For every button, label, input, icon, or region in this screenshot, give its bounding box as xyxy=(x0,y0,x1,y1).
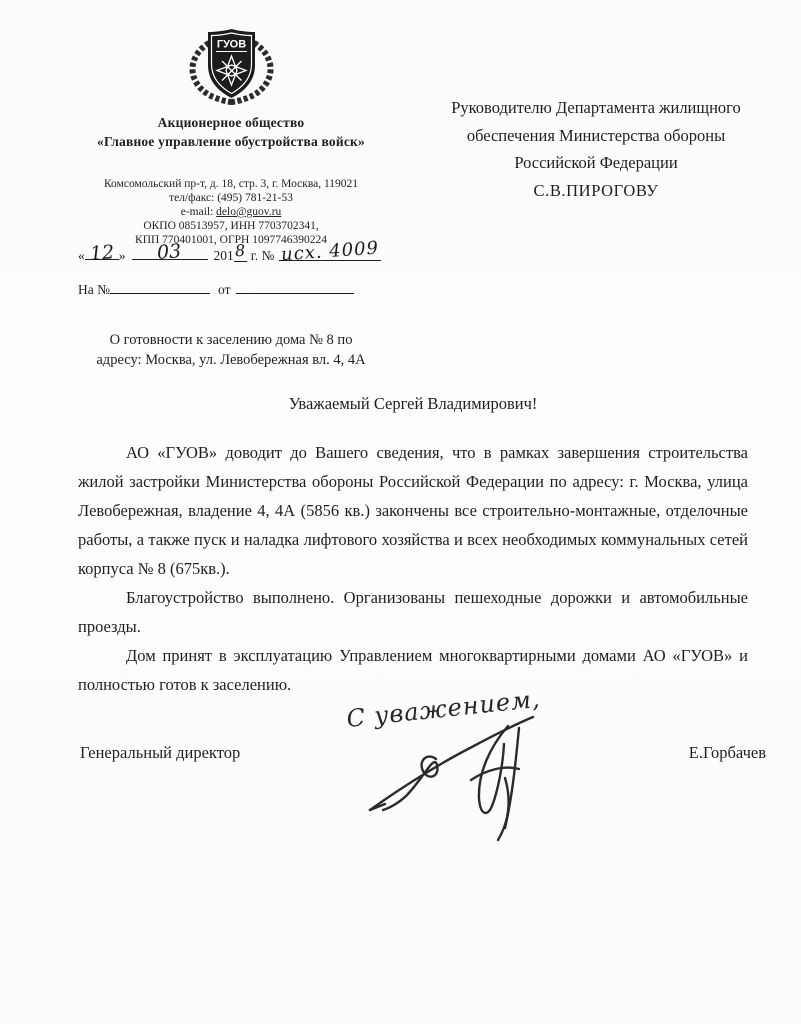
ref-year-blank: 8 xyxy=(234,245,247,262)
org-name: «Главное управление обустройства войск» xyxy=(62,132,400,151)
email-value: delo@guov.ru xyxy=(216,206,281,218)
reply-number-blank xyxy=(110,277,210,294)
salutation: Уважаемый Сергей Владимирович! xyxy=(78,394,748,414)
org-phone: тел/факс: (495) 781-21-53 xyxy=(62,191,400,205)
ref-month-blank: 03 xyxy=(132,243,208,260)
emblem-logo-text: ГУОВ xyxy=(216,39,245,51)
subject-line: О готовности к заселению дома № 8 по xyxy=(62,330,400,350)
open-quote: « xyxy=(78,248,85,263)
handwritten-month: 03 xyxy=(157,240,183,264)
ref-number-blank: исх. 4009 xyxy=(279,244,381,261)
ref-day-blank: 12 xyxy=(85,243,119,260)
letter-body: АО «ГУОВ» доводит до Вашего сведения, чт… xyxy=(78,438,748,699)
scanned-letter-page: ГУОВ Акционерное общество «Главное управ… xyxy=(0,0,801,1024)
subject-block: О готовности к заселению дома № 8 по адр… xyxy=(62,330,400,370)
org-address: Комсомольский пр-т, д. 18, стр. 3, г. Мо… xyxy=(62,177,400,191)
handwritten-signature xyxy=(335,688,570,843)
guov-emblem-icon: ГУОВ xyxy=(179,25,284,105)
recipient-name: С.В.ПИРОГОВУ xyxy=(400,177,792,205)
handwritten-year-digit: 8 xyxy=(235,241,246,261)
recipient-line: Российской Федерации xyxy=(400,149,792,177)
recipient-block: Руководителю Департамента жилищного обес… xyxy=(400,94,792,204)
reply-reference-line: На №от xyxy=(78,277,408,298)
reply-date-blank xyxy=(236,277,354,294)
close-quote: » xyxy=(119,248,126,263)
subject-line: адресу: Москва, ул. Левобережная вл. 4, … xyxy=(62,350,400,370)
handwritten-day: 12 xyxy=(89,241,115,265)
year-label: г. xyxy=(251,248,258,263)
body-paragraph: АО «ГУОВ» доводит до Вашего сведения, чт… xyxy=(78,438,748,583)
recipient-line: обеспечения Министерства обороны xyxy=(400,122,792,150)
recipient-line: Руководителю Департамента жилищного xyxy=(400,94,792,122)
reply-from-label: от xyxy=(218,282,230,297)
org-okpo-inn: ОКПО 08513957, ИНН 7703702341, xyxy=(62,219,400,233)
reply-prefix: На № xyxy=(78,282,110,297)
year-prefix: 201 xyxy=(214,248,234,263)
org-type: Акционерное общество xyxy=(62,113,400,132)
letterhead: ГУОВ Акционерное общество «Главное управ… xyxy=(62,25,400,247)
email-label: e-mail: xyxy=(181,206,216,218)
org-email-line: e-mail: delo@guov.ru xyxy=(62,205,400,219)
letterhead-details: Комсомольский пр-т, д. 18, стр. 3, г. Мо… xyxy=(62,177,400,247)
number-label: № xyxy=(262,248,275,263)
reference-line: «12»032018г. №исх. 4009 xyxy=(78,243,408,264)
body-paragraph: Благоустройство выполнено. Организованы … xyxy=(78,583,748,641)
